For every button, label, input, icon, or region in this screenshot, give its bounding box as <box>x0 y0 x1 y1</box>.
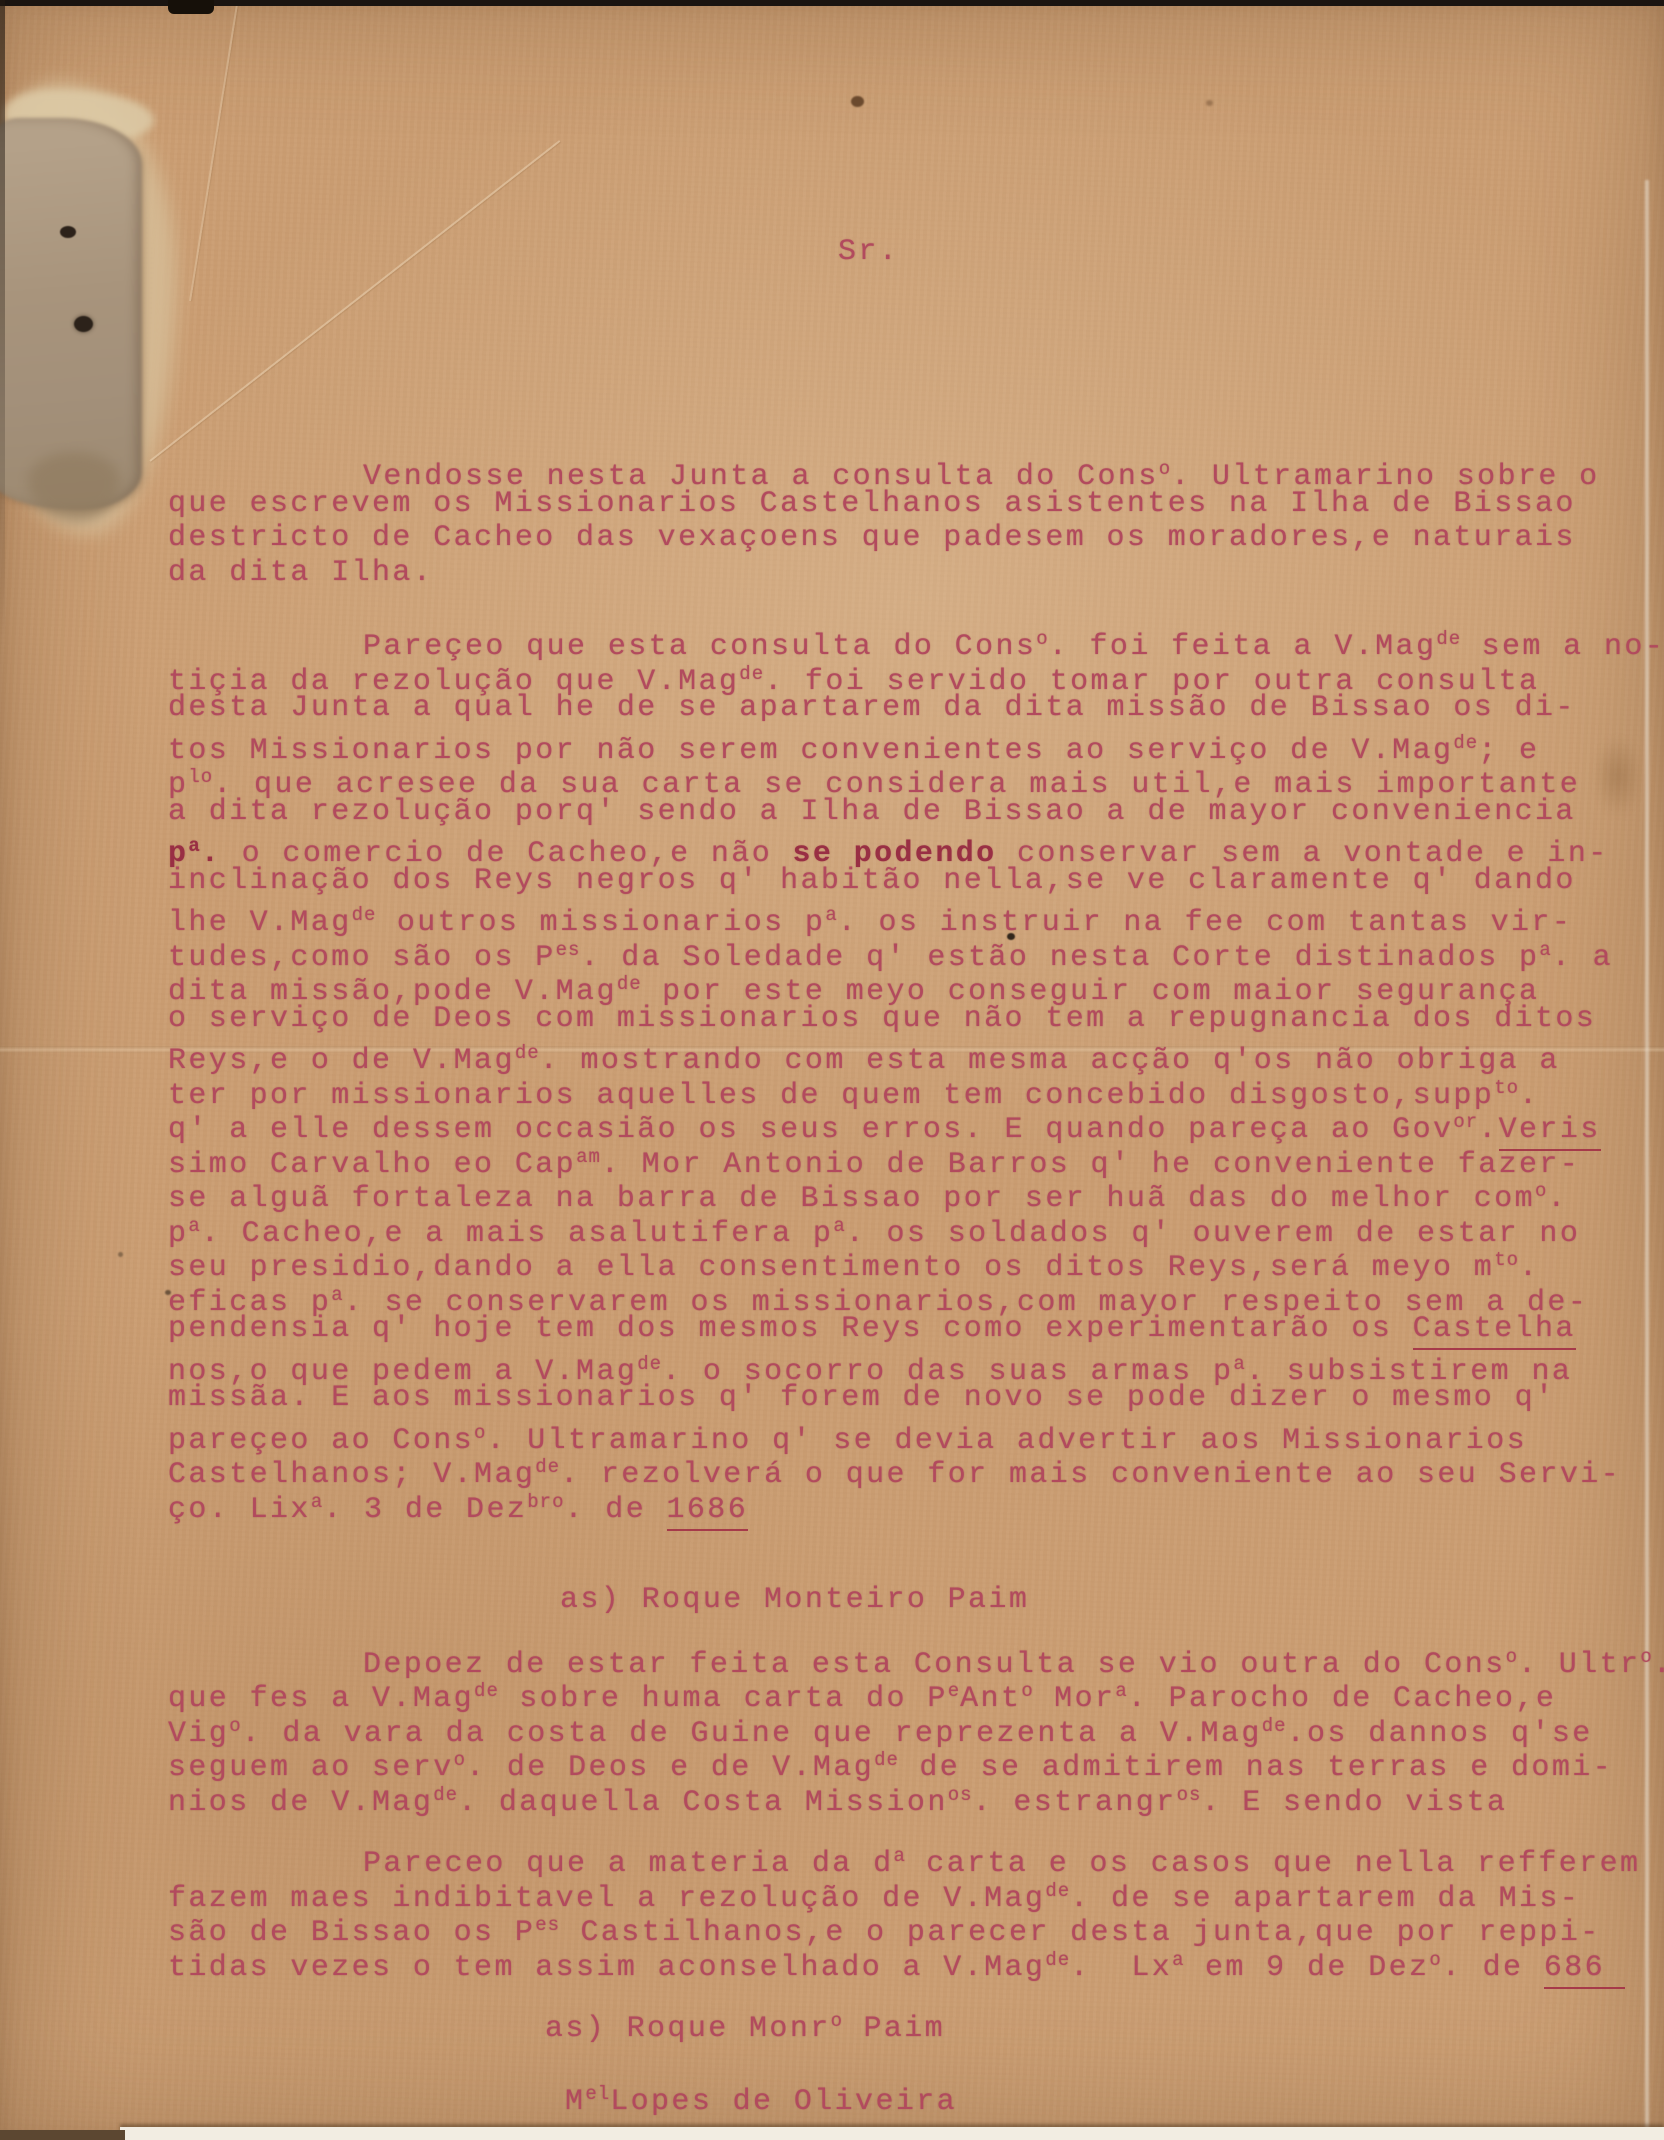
text-line: Pareçeo que esta consulta do Conso. foi … <box>168 622 1638 657</box>
superscript: el <box>585 2083 610 2105</box>
underlined-text: 686 <box>1544 1951 1626 1989</box>
superscript: de <box>637 1353 662 1375</box>
paper-crease <box>189 1 239 302</box>
superscript: de <box>515 1042 540 1064</box>
superscript: a <box>1172 1949 1184 1971</box>
superscript: lo <box>188 766 213 788</box>
superscript: o <box>229 1715 241 1737</box>
paper-speck <box>118 1252 123 1257</box>
text-line: seu presidio,dando a ella consentimento … <box>168 1243 1638 1278</box>
superscript: o <box>1506 1646 1518 1668</box>
scan-edge-bottom-dark <box>0 2130 125 2140</box>
superscript: a <box>1539 939 1551 961</box>
text-line: que escrevem os Missionarios Castelhanos… <box>168 487 1638 522</box>
text-line: lhe V.Magde outros missionarios pa. os i… <box>168 898 1638 933</box>
text-line: tudes,como são os Pes. da Soledade q' es… <box>168 933 1638 968</box>
text-line: inclinação dos Reys negros q' habitão ne… <box>168 864 1638 899</box>
paragraph: Pareçeo que esta consulta do Conso. foi … <box>168 622 1638 1519</box>
salutation: Sr. <box>838 235 899 269</box>
paper-speck <box>851 96 864 107</box>
text-line: tiçia da rezolução que V.Magde. foi serv… <box>168 657 1638 692</box>
signature-line: as) Roque Monro Paim <box>545 2004 1638 2039</box>
text-line: tos Missionarios por não serem convenien… <box>168 726 1638 761</box>
superscript: de <box>474 1680 499 1702</box>
text-line: Depoez de estar feita esta Consulta se v… <box>168 1640 1638 1675</box>
superscript: o <box>1535 1180 1547 1202</box>
text-line: a dita rezolução porq' sendo a Ilha de B… <box>168 795 1638 830</box>
superscript: a <box>1115 1680 1127 1702</box>
superscript: o <box>1159 458 1171 480</box>
superscript: am <box>576 1146 601 1168</box>
text-line: simo Carvalho eo Capam. Mor Antonio de B… <box>168 1140 1638 1175</box>
superscript: e <box>948 1680 960 1702</box>
paragraph: Pareceo que a materia da da carta e os c… <box>168 1839 1638 1977</box>
superscript: de <box>1262 1715 1287 1737</box>
text-line: tidas vezes o tem assim aconselhado a V.… <box>168 1943 1638 1978</box>
text-line: o serviço de Deos com missionarios que n… <box>168 1002 1638 1037</box>
superscript: a <box>188 1215 200 1237</box>
scan-edge-right <box>1645 180 1649 2130</box>
superscript: de <box>1045 1949 1070 1971</box>
text-line: plo. que acresee da sua carta se conside… <box>168 760 1638 795</box>
superscript: de <box>433 1784 458 1806</box>
text-line: Castelhanos; V.Magde. rezolverá o que fo… <box>168 1450 1638 1485</box>
ink-spot <box>74 316 93 332</box>
scan-edge-bottom <box>120 2127 1664 2140</box>
superscript: a <box>825 904 837 926</box>
text-line: nios de V.Magde. daquella Costa Missiono… <box>168 1778 1638 1813</box>
scan-edge-top <box>0 0 1664 6</box>
superscript: de <box>617 973 642 995</box>
superscript: o <box>1640 1646 1652 1668</box>
superscript: o <box>1021 1680 1033 1702</box>
superscript: a <box>188 835 200 857</box>
superscript: de <box>352 904 377 926</box>
superscript: es <box>556 939 581 961</box>
superscript: to <box>1494 1077 1519 1099</box>
superscript: de <box>1436 628 1461 650</box>
superscript: de <box>1045 1880 1070 1902</box>
superscript: a <box>833 1215 845 1237</box>
text-line: pendensia q' hoje tem dos mesmos Reys co… <box>168 1312 1638 1347</box>
superscript: es <box>535 1914 560 1936</box>
signature-line: MelLopes de Oliveira <box>565 2077 1638 2112</box>
superscript: o <box>454 1749 466 1771</box>
text-line: se alguã fortaleza na barra de Bissao po… <box>168 1174 1638 1209</box>
text-line: da dita Ilha. <box>168 556 1638 591</box>
superscript: de <box>739 663 764 685</box>
superscript: o <box>474 1422 486 1444</box>
paper-crease <box>149 140 560 462</box>
paper-speck <box>1206 100 1213 106</box>
text-line: que fes a V.Magde sobre huma carta do Pe… <box>168 1674 1638 1709</box>
text-line: fazem maes indibitavel a rezolução de V.… <box>168 1874 1638 1909</box>
text-line: Vigo. da vara da costa de Guine que repr… <box>168 1709 1638 1744</box>
text-line: pa. o comercio de Cacheo,e não se podend… <box>168 829 1638 864</box>
superscript: a <box>311 1491 323 1513</box>
paragraph: Vendosse nesta Junta a consulta do Conso… <box>168 452 1638 590</box>
text-line: dita missão,pode V.Magde por este meyo c… <box>168 967 1638 1002</box>
superscript: de <box>874 1749 899 1771</box>
text-line: Vendosse nesta Junta a consulta do Conso… <box>168 452 1638 487</box>
superscript: os <box>948 1784 973 1806</box>
superscript: bro <box>527 1491 564 1513</box>
text-line: pa. Cacheo,e a mais asalutifera pa. os s… <box>168 1209 1638 1244</box>
text-line: são de Bissao os Pes Castilhanos,e o par… <box>168 1908 1638 1943</box>
superscript: to <box>1494 1249 1519 1271</box>
paragraph: Depoez de estar feita esta Consulta se v… <box>168 1640 1638 1813</box>
text-line: destricto de Cacheo das vexaçoens que pa… <box>168 521 1638 556</box>
superscript: or <box>1453 1111 1478 1133</box>
text-line: eficas pa. se conservarem os missionario… <box>168 1278 1638 1313</box>
superscript: o <box>1036 628 1048 650</box>
text-line: seguem ao servo. de Deos e de V.Magde de… <box>168 1743 1638 1778</box>
text-line: Pareceo que a materia da da carta e os c… <box>168 1839 1638 1874</box>
text-line: missãa. E aos missionarios q' forem de n… <box>168 1381 1638 1416</box>
superscript: a <box>1233 1353 1245 1375</box>
signature-line: as) Roque Monteiro Paim <box>560 1583 1638 1618</box>
scan-edge-notch <box>168 0 214 14</box>
text-line: Reys,e o de V.Magde. mostrando com esta … <box>168 1036 1638 1071</box>
superscript: de <box>1453 732 1478 754</box>
text-line: desta Junta a qual he de se apartarem da… <box>168 691 1638 726</box>
text-line: ter por missionarios aquelles de quem te… <box>168 1071 1638 1106</box>
ink-spot <box>60 226 76 238</box>
scanned-letter-page: Sr. Vendosse nesta Junta a consulta do C… <box>0 0 1664 2140</box>
scan-edge-left <box>0 0 5 640</box>
superscript: o <box>1429 1949 1441 1971</box>
superscript: os <box>1177 1784 1202 1806</box>
text-blocks: Vendosse nesta Junta a consulta do Conso… <box>168 452 1638 2111</box>
underlined-text: Castelha <box>1413 1312 1576 1350</box>
superscript: a <box>893 1845 905 1867</box>
text-line: pareçeo ao Conso. Ultramarino q' se devi… <box>168 1416 1638 1451</box>
text-line: nos,o que pedem a V.Magde. o socorro das… <box>168 1347 1638 1382</box>
superscript: o <box>831 2010 843 2032</box>
superscript: a <box>331 1284 343 1306</box>
superscript: de <box>535 1456 560 1478</box>
underlined-text: 1686 <box>667 1493 749 1531</box>
text-line: q' a elle dessem occasião os seus erros.… <box>168 1105 1638 1140</box>
